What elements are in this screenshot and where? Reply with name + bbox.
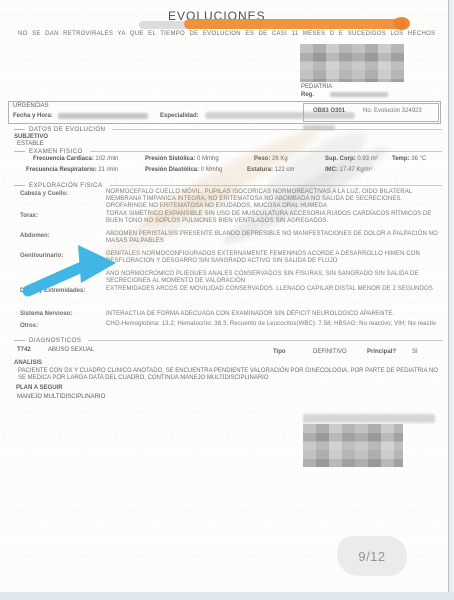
exam-text-genitourinario: GENITALES NORMOCONFIGURADOS EXTERNAMENTE… bbox=[106, 251, 442, 265]
reg-label: Reg. bbox=[301, 92, 314, 98]
vital-value: 102 /min bbox=[95, 156, 118, 162]
vital-value: 36 °C bbox=[411, 156, 426, 162]
vital-frecuencia-respiratoria: Frecuencia Respiratorio: 21 /min bbox=[26, 167, 118, 173]
diagnosis-principal-label: Principal? bbox=[367, 349, 396, 355]
section-label: EXAMEN FISICO bbox=[29, 148, 83, 155]
section-datos-evolucion: DATOS DE EVOLUCIÓN bbox=[14, 126, 442, 133]
vital-frecuencia-cardiaca: Frecuencia Cardiaca: 102 /min bbox=[33, 156, 118, 162]
reg-value-redacted bbox=[330, 92, 388, 97]
exam-text-dorso-extremidades: EXTREMIDADES ARCOS DE MOVILIDAD CONSERVA… bbox=[106, 286, 442, 293]
section-dash bbox=[14, 185, 25, 186]
section-rule bbox=[88, 340, 442, 341]
subjetivo-label: SUBJETIVO bbox=[14, 134, 48, 140]
exam-text-sistema-nervioso: INTERACTUA DE FORMA ADECUADA CON EXAMINA… bbox=[106, 311, 442, 318]
service-label: URGENCIAS bbox=[13, 103, 49, 109]
redaction-block-bottom bbox=[303, 424, 403, 467]
exam-label-sistema-nervioso: Sistema Nervioso: bbox=[20, 311, 72, 317]
vital-presion-sistolica: Presión Sistólica: 0 Mmhg bbox=[145, 156, 219, 162]
section-label: DIAGNOSTICOS bbox=[29, 337, 81, 344]
vital-label: Frecuencia Respiratorio: bbox=[26, 167, 97, 173]
department-label: PEDIATRIA bbox=[301, 84, 332, 90]
vital-label: Presión Diastólica: bbox=[145, 167, 199, 173]
section-diagnosticos: DIAGNOSTICOS bbox=[14, 337, 442, 344]
exam-text-otros: CHO-Hemoglobina: 13.2; Hematocrito: 38.3… bbox=[106, 321, 442, 328]
subjetivo-value: ESTABLE bbox=[17, 141, 44, 147]
diagnosis-tipo-label: Tipo bbox=[273, 349, 286, 355]
fecha-hora-label: Fecha y Hora: bbox=[13, 113, 53, 119]
especialidad-label: Especialidad: bbox=[160, 113, 199, 119]
evolution-number: No. Evolución 324923 bbox=[363, 108, 422, 114]
section-dash bbox=[14, 151, 25, 152]
orange-highlighter-blob bbox=[393, 17, 410, 30]
page-bottom-band bbox=[0, 592, 454, 600]
analisis-text: PACIENTE CON DX Y CUADRO CLINICO ANOTADO… bbox=[18, 368, 438, 382]
exam-label-otros: Otros: bbox=[20, 323, 38, 329]
section-rule bbox=[112, 129, 442, 130]
exam-text-ano: ANO NORMOCROMICO PLIEGUES ANALES CONSERV… bbox=[106, 271, 442, 285]
plan-header: PLAN A SEGUIR bbox=[16, 385, 63, 391]
orange-highlighter-mark bbox=[184, 19, 406, 29]
section-label: EXPLORACIÓN FISICA bbox=[29, 182, 103, 189]
exam-label-cabeza-cuello: Cabeza y Cuello: bbox=[20, 191, 68, 197]
section-label: DATOS DE EVOLUCIÓN bbox=[29, 126, 105, 133]
redaction-block-top bbox=[300, 44, 404, 82]
diagnosis-name: ABUSO SEXUAL bbox=[48, 347, 94, 353]
vital-temp: Temp: 36 °C bbox=[392, 156, 426, 162]
service-code: OB83 O301 bbox=[313, 108, 345, 114]
vital-value: 0 Mmhg bbox=[197, 156, 219, 162]
vital-label: Presión Sistólica: bbox=[145, 156, 195, 162]
exam-label-torax: Torax: bbox=[20, 213, 38, 219]
section-dash bbox=[14, 340, 25, 341]
diagnosis-tipo-value: DEFINITIVO bbox=[313, 349, 347, 355]
vital-label: Frecuencia Cardiaca: bbox=[33, 156, 94, 162]
diagnosis-code: T742 bbox=[17, 347, 31, 353]
vital-value: 21 /min bbox=[98, 167, 118, 173]
section-dash bbox=[14, 129, 25, 130]
diagnosis-principal-value: SI bbox=[412, 349, 418, 355]
page-number-badge: 9/12 bbox=[337, 536, 407, 576]
vital-label: Temp: bbox=[392, 156, 410, 162]
fecha-hora-value-redacted bbox=[58, 113, 148, 119]
redaction-bar-bottom bbox=[303, 414, 435, 423]
scanned-document-page: EVOLUCIONES NO SE DAN RETROVIRALES YA QU… bbox=[0, 0, 449, 592]
plan-text: MANEJO MULTIDISCIPLINARIO bbox=[17, 394, 105, 400]
analisis-header: ANALISIS bbox=[14, 360, 42, 366]
page-number-text: 9/12 bbox=[358, 549, 385, 564]
note-line: NO SE DAN RETROVIRALES YA QUE EL TIEMPO … bbox=[18, 31, 435, 37]
